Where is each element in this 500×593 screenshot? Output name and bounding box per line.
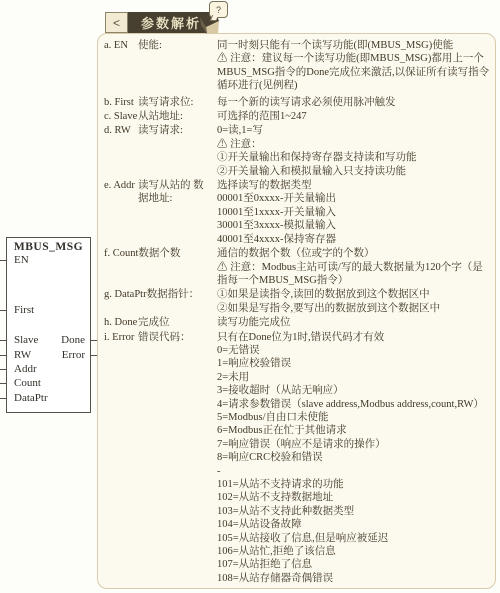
desc-line: 108=从站存储器奇偶错误 — [217, 572, 493, 585]
param-description-cell: 只有在Done位为1时,错误代码才有效0=无错误1=响应校验错误2=未用3=接收… — [217, 331, 493, 585]
param-label-cell: d. RW读写请求: — [104, 124, 217, 178]
param-label-cell: c. Slave从站地址: — [104, 110, 217, 123]
param-key: d. RW — [104, 124, 138, 137]
pin-tick-slave — [0, 340, 6, 341]
table-row: f. Count数据个数通信的数据个数（位或字的个数）⚠ 注意：Modbus主站… — [104, 247, 493, 287]
desc-line: 选择读写的数据类型 — [217, 179, 493, 192]
param-label-cell: h. Done完成位 — [104, 316, 217, 329]
desc-line: 每一个新的读写请求必须使用脉冲触发 — [217, 96, 493, 109]
desc-line: 可选择的范围1~247 — [217, 110, 493, 123]
pin-tick-count — [0, 383, 6, 384]
param-description-cell: 读写功能完成位 — [217, 316, 493, 329]
desc-line: 3=接收超时（从站无响应） — [217, 384, 493, 397]
desc-line: ①开关量输出和保持寄存器支持读和写功能 — [217, 151, 493, 164]
desc-line: 107=从站拒绝了信息 — [217, 558, 493, 571]
desc-line: 同一时刻只能有一个读写功能(即(MBUS_MSG)使能 — [217, 39, 493, 52]
param-name: 错误代码： — [138, 331, 191, 344]
desc-line: 7=响应错误（响应不是请求的操作） — [217, 438, 493, 451]
pin-slave: Slave — [14, 334, 38, 346]
function-block-title: MBUS_MSG — [7, 241, 90, 253]
desc-line: 通信的数据个数（位或字的个数） — [217, 247, 493, 260]
param-description-cell: 0=读,1=写⚠ 注意：①开关量输出和保持寄存器支持读和写功能②开关量输入和模拟… — [217, 124, 493, 178]
table-row: i. Error错误代码：只有在Done位为1时,错误代码才有效0=无错误1=响… — [104, 331, 493, 585]
desc-line: ②开关量输入和模拟量输入只支持读功能 — [217, 165, 493, 178]
desc-line: 8=响应CRC校验和错误 — [217, 451, 493, 464]
param-key: f. Count — [104, 247, 138, 260]
param-name: 数据指针： — [147, 288, 200, 301]
table-row: c. Slave从站地址:可选择的范围1~247 — [104, 110, 493, 123]
desc-line: 0=读,1=写 — [217, 124, 493, 137]
pin-tick-done — [91, 340, 97, 341]
pin-error: Error — [62, 349, 85, 361]
back-icon: < — [113, 16, 120, 30]
param-label-cell: g. DataPtr数据指针： — [104, 288, 217, 315]
desc-line: ⚠ 注意： — [217, 138, 493, 151]
table-row: h. Done完成位读写功能完成位 — [104, 316, 493, 329]
param-key: a. EN — [104, 39, 138, 52]
param-description-cell: ①如果是读指令,读回的数据放到这个数据区中②如果是写指令,要写出的数据放到这个数… — [217, 288, 493, 315]
desc-line: ⚠ 注意：Modbus主站可读/写的最大数据量为120个字（是指每一个MBUS_… — [217, 261, 493, 288]
desc-line: 00001至0xxxx-开关量输出 — [217, 192, 493, 205]
pin-done: Done — [61, 334, 85, 346]
pin-tick-dataptr — [0, 398, 6, 399]
parameter-table: a. EN使能:同一时刻只能有一个读写功能(即(MBUS_MSG)使能⚠ 注意：… — [104, 39, 493, 585]
desc-line: 6=Modbus正在忙于其他请求 — [217, 424, 493, 437]
desc-line: 101=从站不支持请求的功能 — [217, 478, 493, 491]
desc-line: 40001至4xxxx-保持寄存器 — [217, 233, 493, 246]
desc-line: 104=从站设备故障 — [217, 518, 493, 531]
desc-line: 读写功能完成位 — [217, 316, 493, 329]
mbus-msg-function-block: MBUS_MSG ENFirstSlaveRWAddrCountDataPtrD… — [6, 237, 91, 413]
parameter-panel: a. EN使能:同一时刻只能有一个读写功能(即(MBUS_MSG)使能⚠ 注意：… — [97, 33, 496, 589]
param-description-cell: 每一个新的读写请求必须使用脉冲触发 — [217, 96, 493, 109]
param-description-cell: 通信的数据个数（位或字的个数）⚠ 注意：Modbus主站可读/写的最大数据量为1… — [217, 247, 493, 287]
param-description-cell: 可选择的范围1~247 — [217, 110, 493, 123]
desc-line: 只有在Done位为1时,错误代码才有效 — [217, 331, 493, 344]
param-label-cell: f. Count数据个数 — [104, 247, 217, 287]
table-row: a. EN使能:同一时刻只能有一个读写功能(即(MBUS_MSG)使能⚠ 注意：… — [104, 39, 493, 93]
pin-rw: RW — [14, 349, 31, 361]
page-title: 参数解析 — [141, 13, 201, 32]
back-button[interactable]: < — [105, 12, 128, 33]
desc-line: 105=从站接收了信息,但是响应被延迟 — [217, 532, 493, 545]
desc-line: ②如果是写指令,要写出的数据放到这个数据区中 — [217, 302, 493, 315]
desc-line: 106=从站忙,拒绝了该信息 — [217, 545, 493, 558]
param-label-cell: e. Addr读写从站的 数据地址: — [104, 179, 217, 246]
desc-line: - — [217, 465, 493, 478]
param-name: 使能: — [138, 39, 162, 52]
param-description-cell: 选择读写的数据类型00001至0xxxx-开关量输出10001至1xxxx-开关… — [217, 179, 493, 246]
param-key: c. Slave — [104, 110, 138, 123]
desc-line: 4=请求参数错误（slave address,Modbus address,co… — [217, 398, 493, 411]
param-key: h. Done — [104, 316, 138, 329]
table-row: e. Addr读写从站的 数据地址:选择读写的数据类型00001至0xxxx-开… — [104, 179, 493, 246]
question-mark: ? — [216, 5, 221, 15]
desc-line: 5=Modbus/自由口未使能 — [217, 411, 493, 424]
desc-line: ①如果是读指令,读回的数据放到这个数据区中 — [217, 288, 493, 301]
desc-line: 0=无错误 — [217, 344, 493, 357]
pin-count: Count — [14, 377, 41, 389]
param-key: e. Addr — [104, 179, 138, 192]
desc-line: 1=响应校验错误 — [217, 357, 493, 370]
table-row: d. RW读写请求:0=读,1=写⚠ 注意：①开关量输出和保持寄存器支持读和写功… — [104, 124, 493, 178]
pin-addr: Addr — [14, 363, 37, 375]
pin-en: EN — [14, 254, 29, 266]
param-key: g. DataPtr — [104, 288, 147, 301]
pin-tick-error — [91, 355, 97, 356]
pin-tick-en — [0, 260, 6, 261]
pin-tick-first — [0, 310, 6, 311]
desc-line: ⚠ 注意：建议每一个读写功能(即MBUS_MSG)都用上一个MBUS_MSG指令… — [217, 52, 493, 92]
pin-dataptr: DataPtr — [14, 392, 48, 404]
param-key: b. First — [104, 96, 138, 109]
param-name: 读写从站的 数据地址: — [138, 179, 214, 206]
param-name: 数据个数 — [138, 247, 180, 260]
param-label-cell: i. Error错误代码： — [104, 331, 217, 585]
desc-line: 102=从站不支持数据地址 — [217, 491, 493, 504]
param-description-cell: 同一时刻只能有一个读写功能(即(MBUS_MSG)使能⚠ 注意：建议每一个读写功… — [217, 39, 493, 93]
pin-tick-rw — [0, 355, 6, 356]
desc-line: 10001至1xxxx-开关量输入 — [217, 206, 493, 219]
param-name: 读写请求: — [138, 124, 183, 137]
pin-tick-addr — [0, 369, 6, 370]
param-key: i. Error — [104, 331, 138, 344]
table-row: g. DataPtr数据指针：①如果是读指令,读回的数据放到这个数据区中②如果是… — [104, 288, 493, 315]
pin-first: First — [14, 304, 34, 316]
desc-line: 103=从站不支持此种数据类型 — [217, 505, 493, 518]
table-row: b. First读写请求位:每一个新的读写请求必须使用脉冲触发 — [104, 96, 493, 109]
desc-line: 2=未用 — [217, 371, 493, 384]
param-name: 读写请求位: — [138, 96, 193, 109]
desc-line: 30001至3xxxx-模拟量输入 — [217, 219, 493, 232]
param-label-cell: b. First读写请求位: — [104, 96, 217, 109]
param-name: 从站地址: — [138, 110, 183, 123]
param-name: 完成位 — [138, 316, 170, 329]
param-label-cell: a. EN使能: — [104, 39, 217, 93]
